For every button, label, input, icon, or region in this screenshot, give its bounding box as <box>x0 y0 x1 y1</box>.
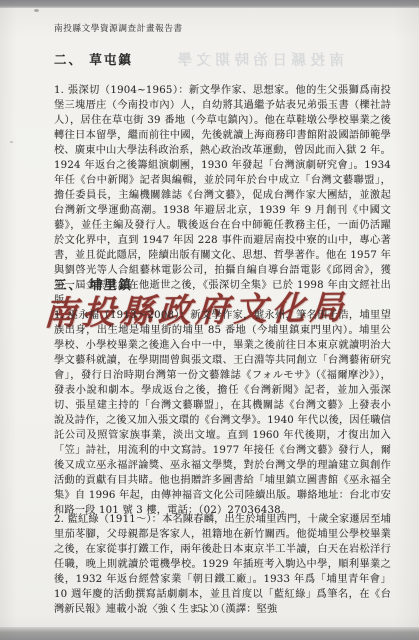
paragraph-wu-yongfu: 1. 巫永福（1913～2008）：新文學作家，號永州，筆名田子浩，埔里望族出身… <box>54 308 391 518</box>
scan-speck <box>34 9 39 12</box>
scan-speck <box>10 141 13 143</box>
paragraph-lan-honglv: 2. 藍紅綠（1911～）：本名陳春麟，出生於埔里西門，十歲全家遷居至埔里茄苳腳… <box>54 512 391 617</box>
running-header: 南投縣文學資源調查計畫報告書 <box>54 22 183 34</box>
scan-edge-top <box>0 0 419 8</box>
scan-edge-bottom <box>0 627 419 640</box>
section-title-caotun: 二、 草屯鎮 <box>54 50 133 68</box>
scanned-report-page: 南投縣文學資源調查計畫報告書 南投縣日治時期文學 二、 草屯鎮 1. 張深切（1… <box>0 0 419 640</box>
bleed-through-mirrored-text: 南投縣日治時期文學 <box>122 49 344 70</box>
page-number: 5 0 <box>0 604 419 615</box>
section-title-puli: 三、 埔里鎮 <box>54 275 133 293</box>
